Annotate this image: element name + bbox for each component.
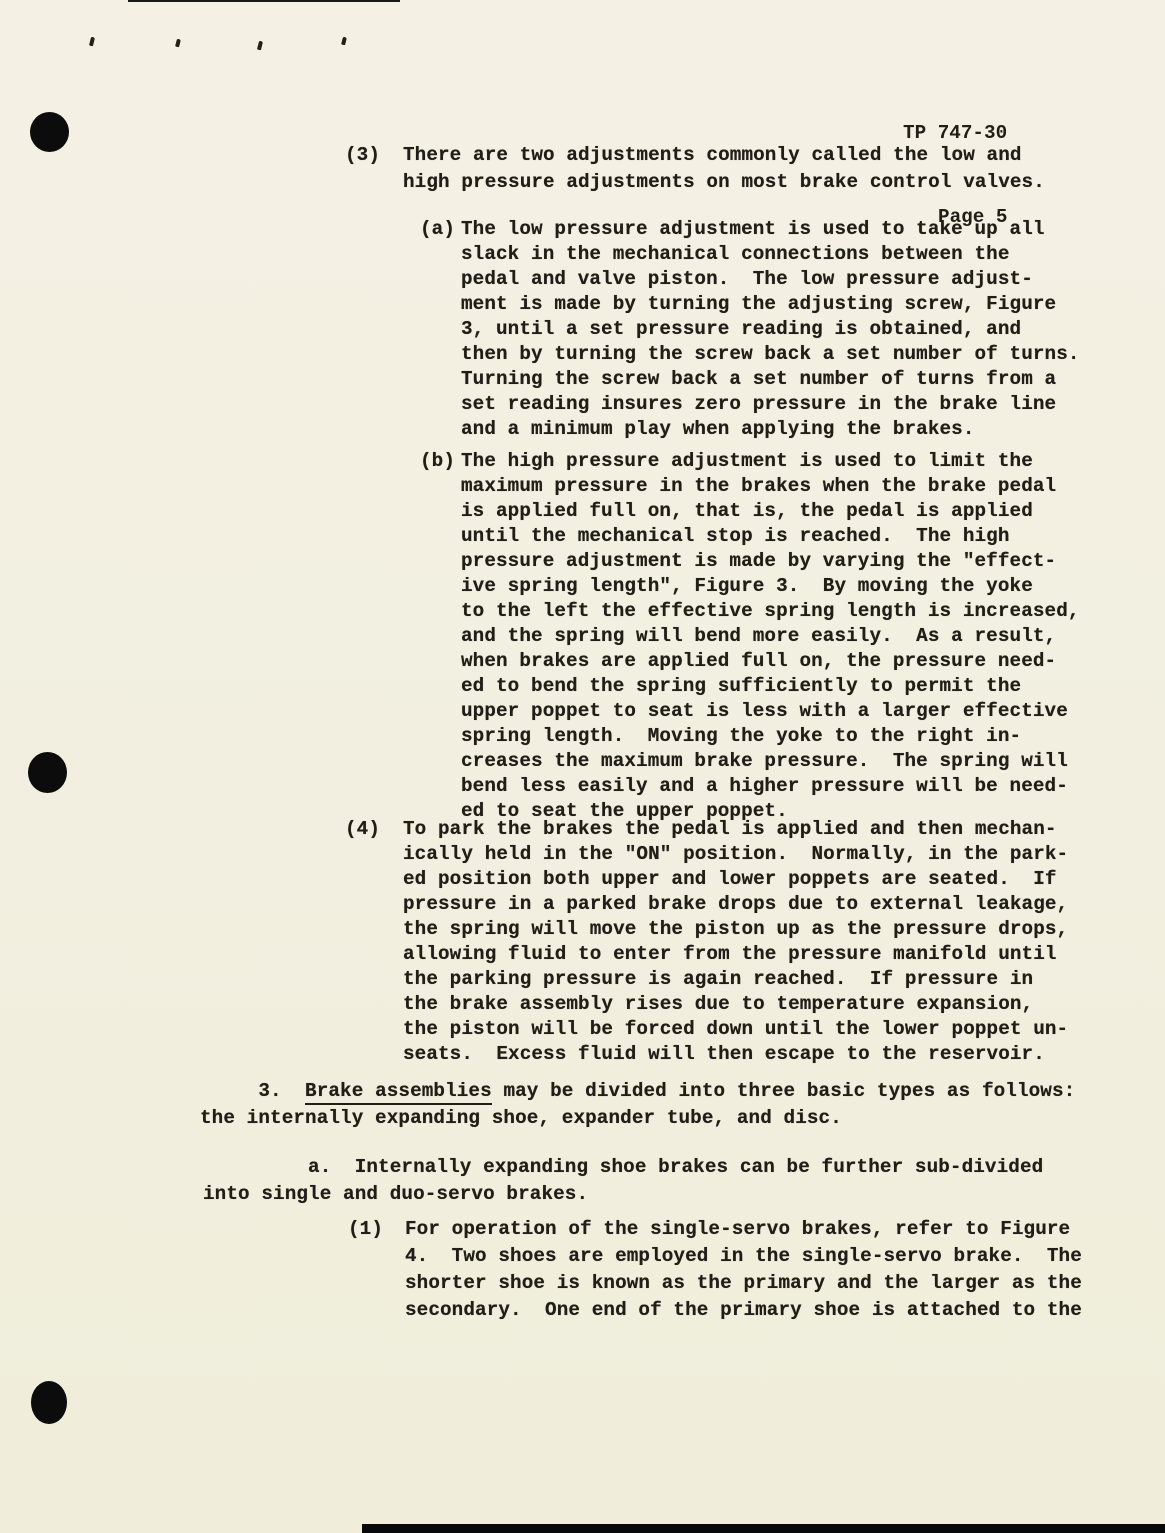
paragraph-item-3-a: (a)The low pressure adjustment is used t… [420, 217, 1080, 442]
text-line: To park the brakes the pedal is applied … [403, 817, 1068, 842]
ink-speck [89, 37, 95, 47]
paragraph-section-3: 3. Brake assemblies may be divided into … [200, 1078, 1075, 1132]
text-line: secondary. One end of the primary shoe i… [405, 1297, 1082, 1324]
text-line: ically held in the "ON" position. Normal… [403, 842, 1068, 867]
text-line: the piston will be forced down until the… [403, 1017, 1068, 1042]
scan-edge-bar [362, 1524, 1165, 1533]
text-line: allowing fluid to enter from the pressur… [403, 942, 1068, 967]
text-line: ive spring length", Figure 3. By moving … [461, 574, 1080, 599]
text-line: 4. Two shoes are employed in the single-… [405, 1243, 1082, 1270]
text-line: upper poppet to seat is less with a larg… [461, 699, 1080, 724]
text-line: 3, until a set pressure reading is obtai… [461, 317, 1080, 342]
paragraph-section-3-a: a. Internally expanding shoe brakes can … [203, 1154, 1043, 1208]
paragraph-item-3: (3)There are two adjustments commonly ca… [345, 142, 1045, 196]
text-line: the spring will move the piston up as th… [403, 917, 1068, 942]
paragraph-lines: For operation of the single-servo brakes… [405, 1216, 1082, 1324]
text-line: ed to bend the spring sufficiently to pe… [461, 674, 1080, 699]
paragraph-marker: (a) [420, 217, 461, 442]
text-line: maximum pressure in the brakes when the … [461, 474, 1080, 499]
text-line: seats. Excess fluid will then escape to … [403, 1042, 1068, 1067]
text-line: creases the maximum brake pressure. The … [461, 749, 1080, 774]
ink-speck [341, 37, 347, 46]
text-line: The high pressure adjustment is used to … [461, 449, 1080, 474]
text-line: then by turning the screw back a set num… [461, 342, 1080, 367]
text-line: pressure in a parked brake drops due to … [403, 892, 1068, 917]
text-line: when brakes are applied full on, the pre… [461, 649, 1080, 674]
text-line: slack in the mechanical connections betw… [461, 242, 1080, 267]
paragraph-lines: The high pressure adjustment is used to … [461, 449, 1080, 824]
hole-punch-icon [30, 112, 69, 152]
text-line: bend less easily and a higher pressure w… [461, 774, 1080, 799]
text-line: spring length. Moving the yoke to the ri… [461, 724, 1080, 749]
paragraph-lines: There are two adjustments commonly calle… [403, 142, 1045, 196]
ink-speck [257, 41, 263, 51]
text-line: shorter shoe is known as the primary and… [405, 1270, 1082, 1297]
text-line: to the left the effective spring length … [461, 599, 1080, 624]
text-line: pressure adjustment is made by varying t… [461, 549, 1080, 574]
text-line: There are two adjustments commonly calle… [403, 142, 1045, 169]
text-line: and the spring will bend more easily. As… [461, 624, 1080, 649]
text-line: ment is made by turning the adjusting sc… [461, 292, 1080, 317]
paragraph-lines: 3. Brake assemblies may be divided into … [200, 1078, 1075, 1132]
paragraph-item-1: (1)For operation of the single-servo bra… [348, 1216, 1082, 1324]
paragraph-lines: a. Internally expanding shoe brakes can … [203, 1154, 1043, 1208]
paragraph-lines: The low pressure adjustment is used to t… [461, 217, 1080, 442]
text-line: set reading insures zero pressure in the… [461, 392, 1080, 417]
text-segment: 3. [200, 1080, 305, 1102]
text-segment: may be divided into three basic types as… [492, 1080, 1076, 1102]
text-line: the brake assembly rises due to temperat… [403, 992, 1068, 1017]
hole-punch-icon [28, 752, 67, 793]
ink-speck [175, 39, 181, 48]
text-line: a. Internally expanding shoe brakes can … [203, 1154, 1043, 1181]
underlined-text: Brake assemblies [305, 1080, 492, 1105]
text-line: ed position both upper and lower poppets… [403, 867, 1068, 892]
paragraph-marker: (1) [348, 1216, 405, 1324]
scan-edge-line [128, 0, 400, 2]
text-line: 3. Brake assemblies may be divided into … [200, 1078, 1075, 1105]
text-line: into single and duo-servo brakes. [203, 1181, 1043, 1208]
text-line: the internally expanding shoe, expander … [200, 1105, 1075, 1132]
text-line: For operation of the single-servo brakes… [405, 1216, 1082, 1243]
text-line: high pressure adjustments on most brake … [403, 169, 1045, 196]
text-line: and a minimum play when applying the bra… [461, 417, 1080, 442]
paragraph-item-3-b: (b)The high pressure adjustment is used … [420, 449, 1080, 824]
text-line: The low pressure adjustment is used to t… [461, 217, 1080, 242]
paragraph-marker: (3) [345, 142, 403, 196]
text-line: Turning the screw back a set number of t… [461, 367, 1080, 392]
paragraph-marker: (b) [420, 449, 461, 824]
text-line: pedal and valve piston. The low pressure… [461, 267, 1080, 292]
text-line: the parking pressure is again reached. I… [403, 967, 1068, 992]
paragraph-item-4: (4)To park the brakes the pedal is appli… [345, 817, 1068, 1067]
text-line: until the mechanical stop is reached. Th… [461, 524, 1080, 549]
hole-punch-icon [31, 1381, 67, 1424]
scanned-document-page: TP 747-30 Page 5 (3)There are two adjust… [0, 0, 1165, 1533]
text-line: is applied full on, that is, the pedal i… [461, 499, 1080, 524]
paragraph-lines: To park the brakes the pedal is applied … [403, 817, 1068, 1067]
paragraph-marker: (4) [345, 817, 403, 1067]
